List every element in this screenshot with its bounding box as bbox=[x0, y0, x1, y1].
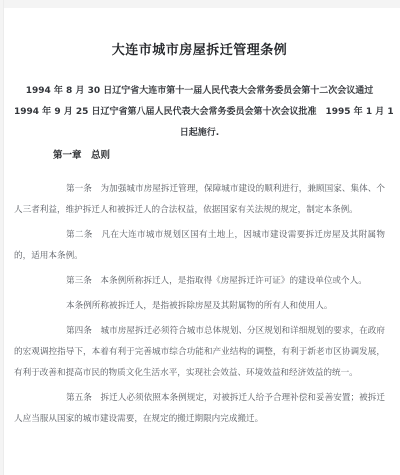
promulgation-note-line-3: 日起施行. bbox=[14, 123, 385, 144]
promulgation-note-line-1: 1994 年 8 月 30 日辽宁省大连市第十一届人民代表大会常务委员会第十二次… bbox=[14, 81, 385, 102]
article-3-paragraph-1: 第三条 本条例所称拆迁人，是指取得《房屋拆迁许可证》的建设单位或个人。 bbox=[14, 271, 385, 292]
document-body: 大连市城市房屋拆迁管理条例 1994 年 8 月 30 日辽宁省大连市第十一届人… bbox=[14, 8, 385, 434]
chapter-heading: 第一章 总则 bbox=[14, 149, 385, 162]
document-title: 大连市城市房屋拆迁管理条例 bbox=[14, 44, 385, 58]
article-2-paragraph: 第二条 凡在大连市城市规划区国有土地上，因城市建设需要拆迁房屋及其附属物的，适用… bbox=[14, 225, 385, 267]
article-5-paragraph: 第五条 拆迁人必须依照本条例规定，对被拆迁人给予合理补偿和妥善安置；被拆迁人应当… bbox=[14, 388, 385, 430]
articles-section: 第一条 为加强城市房屋拆迁管理，保障城市建设的顺利进行，兼顾国家、集体、个人三者… bbox=[14, 179, 385, 430]
article-3-paragraph-2: 本条例所称被拆迁人，是指被拆除房屋及其附属物的所有人和使用人。 bbox=[14, 296, 385, 317]
article-1-paragraph: 第一条 为加强城市房屋拆迁管理，保障城市建设的顺利进行，兼顾国家、集体、个人三者… bbox=[14, 179, 385, 221]
promulgation-note-line-2: 1994 年 9 月 25 日辽宁省第八届人民代表大会常务委员会第十次会议批准 … bbox=[14, 102, 385, 123]
promulgation-note: 1994 年 8 月 30 日辽宁省大连市第十一届人民代表大会常务委员会第十二次… bbox=[14, 81, 385, 144]
page-top-band bbox=[0, 0, 400, 8]
page-left-strip bbox=[0, 0, 4, 475]
article-4-paragraph: 第四条 城市房屋拆迁必须符合城市总体规划、分区规划和详细规划的要求，在政府的宏观… bbox=[14, 321, 385, 384]
